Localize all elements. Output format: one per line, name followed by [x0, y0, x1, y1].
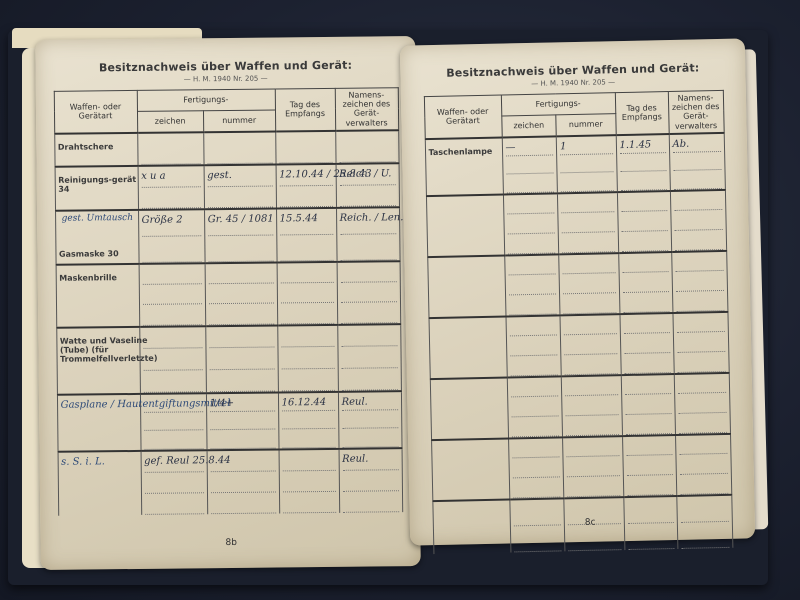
cell-item — [430, 377, 508, 440]
cell-signature — [670, 190, 726, 252]
cell-zeichen-text: — — [505, 142, 515, 153]
header-item: Waffen- oder Gerätart — [424, 95, 502, 139]
cell-date: 1.1.45 — [616, 134, 670, 192]
cell-zeichen — [505, 315, 561, 377]
cell-item: s. S. i. L. — [58, 451, 142, 516]
table-row: Gasplane / Hautentgiftungsmittel1/4+16.1… — [57, 391, 402, 452]
right-page: Besitznachweis über Waffen und Gerät: — … — [400, 38, 755, 545]
cell-nummer — [561, 375, 622, 437]
cell-nummer-text: 1 — [560, 141, 567, 152]
cell-zeichen — [504, 254, 560, 316]
cell-signature — [676, 494, 732, 548]
cell-item-text: s. S. i. L. — [61, 456, 105, 467]
cell-zeichen — [137, 132, 203, 166]
table-row — [432, 494, 732, 553]
page-subtitle: — H. M. 1940 Nr. 205 — — [36, 73, 416, 85]
cell-zeichen — [139, 263, 206, 327]
cell-date — [618, 252, 672, 314]
cell-signature — [672, 312, 728, 374]
header-nummer: nummer — [556, 113, 616, 136]
cell-signature: Reich. / Len. — [336, 207, 400, 262]
header-signature: Namens-zeichen des Gerät-verwalters — [668, 90, 724, 133]
table-row: Gasmaske 30gest. UmtauschGröße 2Gr. 45 /… — [55, 207, 400, 265]
cell-nummer: Gr. 45 / 1081 — [204, 208, 276, 263]
cell-nummer: 1/4+ — [206, 392, 278, 450]
cell-signature-text: Reich. / Len. — [340, 212, 404, 224]
cell-date — [277, 262, 338, 326]
header-zeichen: zeichen — [137, 111, 203, 133]
cell-signature: Reul. — [339, 448, 403, 513]
cell-date: 15.5.44 — [276, 208, 337, 263]
cell-date: 16.12.44 — [278, 392, 339, 450]
cell-date — [619, 313, 673, 375]
cell-date — [617, 191, 671, 253]
cell-signature — [671, 251, 727, 313]
cell-item — [427, 255, 505, 318]
cell-nummer-text: gest. — [207, 170, 232, 181]
table-row — [431, 433, 731, 500]
cell-nummer — [563, 436, 624, 498]
cell-zeichen — [507, 376, 563, 438]
table-row — [427, 251, 727, 318]
cell-zeichen — [503, 193, 559, 255]
cell-signature — [674, 372, 730, 434]
cell-zeichen: gef. Reul 25.8.44 — [141, 450, 208, 515]
cell-signature-text: Ab. — [672, 138, 689, 149]
cell-nummer — [559, 253, 620, 315]
cell-nummer: 1 — [556, 135, 617, 193]
cell-item: Gasmaske 30gest. Umtausch — [55, 210, 139, 265]
left-page: Besitznachweis über Waffen und Gerät: — … — [35, 36, 421, 570]
header-fertigungs: Fertigungs- — [501, 93, 615, 116]
cell-signature — [335, 130, 398, 164]
cell-item-text: Reinigungs-gerät 34 — [58, 171, 137, 194]
cell-item — [429, 316, 507, 379]
cell-zeichen: — — [502, 136, 558, 194]
cell-date — [622, 435, 676, 497]
cell-zeichen-text: Größe 2 — [142, 214, 183, 225]
page-number: 8c — [585, 518, 596, 528]
cell-zeichen: x u a — [138, 165, 205, 210]
table-row: Maskenbrille — [56, 261, 401, 328]
cell-signature-text: Reich. / U. — [339, 168, 391, 180]
cell-nummer-text: 1/4+ — [210, 398, 235, 409]
table-row: Watte und Vaseline (Tube) (für Trommelfe… — [56, 324, 401, 395]
cell-item — [426, 194, 504, 257]
cell-item-text: Gasmaske 30 — [59, 245, 119, 259]
cell-zeichen — [509, 498, 565, 552]
table-row: Drahtschere — [54, 130, 398, 167]
cell-zeichen — [140, 393, 207, 451]
cell-date-text: 15.5.44 — [280, 213, 318, 224]
cell-nummer — [560, 314, 621, 376]
cell-date-text: 16.12.44 — [281, 397, 326, 408]
cell-item-text: Drahtschere — [58, 138, 114, 152]
cell-signature-text: Reul. — [341, 396, 367, 407]
cell-nummer-text: Gr. 45 / 1081 — [208, 213, 274, 225]
page-number: 8b — [225, 538, 237, 548]
cell-item: Drahtschere — [54, 133, 137, 167]
header-date: Tag des Empfangs — [615, 92, 669, 135]
cell-signature — [337, 261, 401, 325]
cell-signature — [675, 433, 731, 495]
equipment-table: Waffen- oder Gerätart Fertigungs- Tag de… — [53, 87, 402, 515]
cell-item — [431, 438, 509, 501]
cell-date — [279, 449, 340, 514]
header-item: Waffen- oder Gerätart — [54, 90, 137, 133]
cell-date-text: 1.1.45 — [619, 139, 651, 151]
cell-date — [621, 374, 675, 436]
cell-date — [277, 325, 338, 393]
cell-date — [623, 496, 677, 550]
table-row — [429, 312, 729, 379]
cell-nummer — [203, 131, 275, 165]
header-date: Tag des Empfangs — [275, 88, 335, 131]
cell-nummer — [205, 325, 278, 393]
cell-zeichen — [508, 437, 564, 499]
table-row: Taschenlampe—11.1.45Ab. — [425, 133, 725, 196]
cell-zeichen — [139, 326, 206, 394]
cell-zeichen-text: x u a — [141, 170, 166, 181]
cell-signature — [337, 324, 401, 392]
cell-signature-text: Reul. — [342, 453, 368, 464]
cell-nummer — [205, 262, 278, 326]
cell-nummer — [558, 192, 619, 254]
cell-nummer — [207, 449, 280, 514]
cell-item: Reinigungs-gerät 34 — [55, 166, 138, 211]
cell-date: 12.10.44 / 25.8.43 — [276, 164, 336, 209]
cell-zeichen: Größe 2 — [138, 209, 205, 264]
table-row — [430, 372, 730, 439]
cell-item: Watte und Vaseline (Tube) (für Trommelfe… — [56, 327, 140, 395]
table-row: Reinigungs-gerät 34x u agest.12.10.44 / … — [55, 163, 399, 211]
header-signature: Namens-zeichen des Gerät-verwalters — [335, 88, 398, 131]
table-row: s. S. i. L.gef. Reul 25.8.44Reul. — [58, 448, 403, 516]
cell-item: Gasplane / Hautentgiftungsmittel — [57, 394, 141, 452]
table-row — [426, 190, 726, 257]
cell-item: Taschenlampe — [425, 137, 503, 196]
cell-item-text: Maskenbrille — [59, 269, 117, 283]
cell-signature: Reul. — [338, 391, 402, 449]
header-nummer: nummer — [203, 110, 275, 132]
handwritten-label: gest. Umtausch — [62, 213, 134, 224]
header-fertigungs: Fertigungs- — [137, 89, 275, 111]
cell-item — [432, 499, 510, 554]
page-title: Besitznachweis über Waffen und Gerät: — [35, 58, 415, 75]
cell-nummer: gest. — [204, 164, 276, 209]
cell-item: Maskenbrille — [56, 264, 140, 328]
cell-date — [275, 131, 335, 165]
header-zeichen: zeichen — [501, 115, 556, 138]
cell-signature: Reich. / U. — [336, 163, 399, 208]
cell-signature: Ab. — [669, 133, 725, 191]
equipment-table: Waffen- oder Gerätart Fertigungs- Tag de… — [423, 90, 733, 554]
cell-item-text: Taschenlampe — [428, 143, 492, 157]
